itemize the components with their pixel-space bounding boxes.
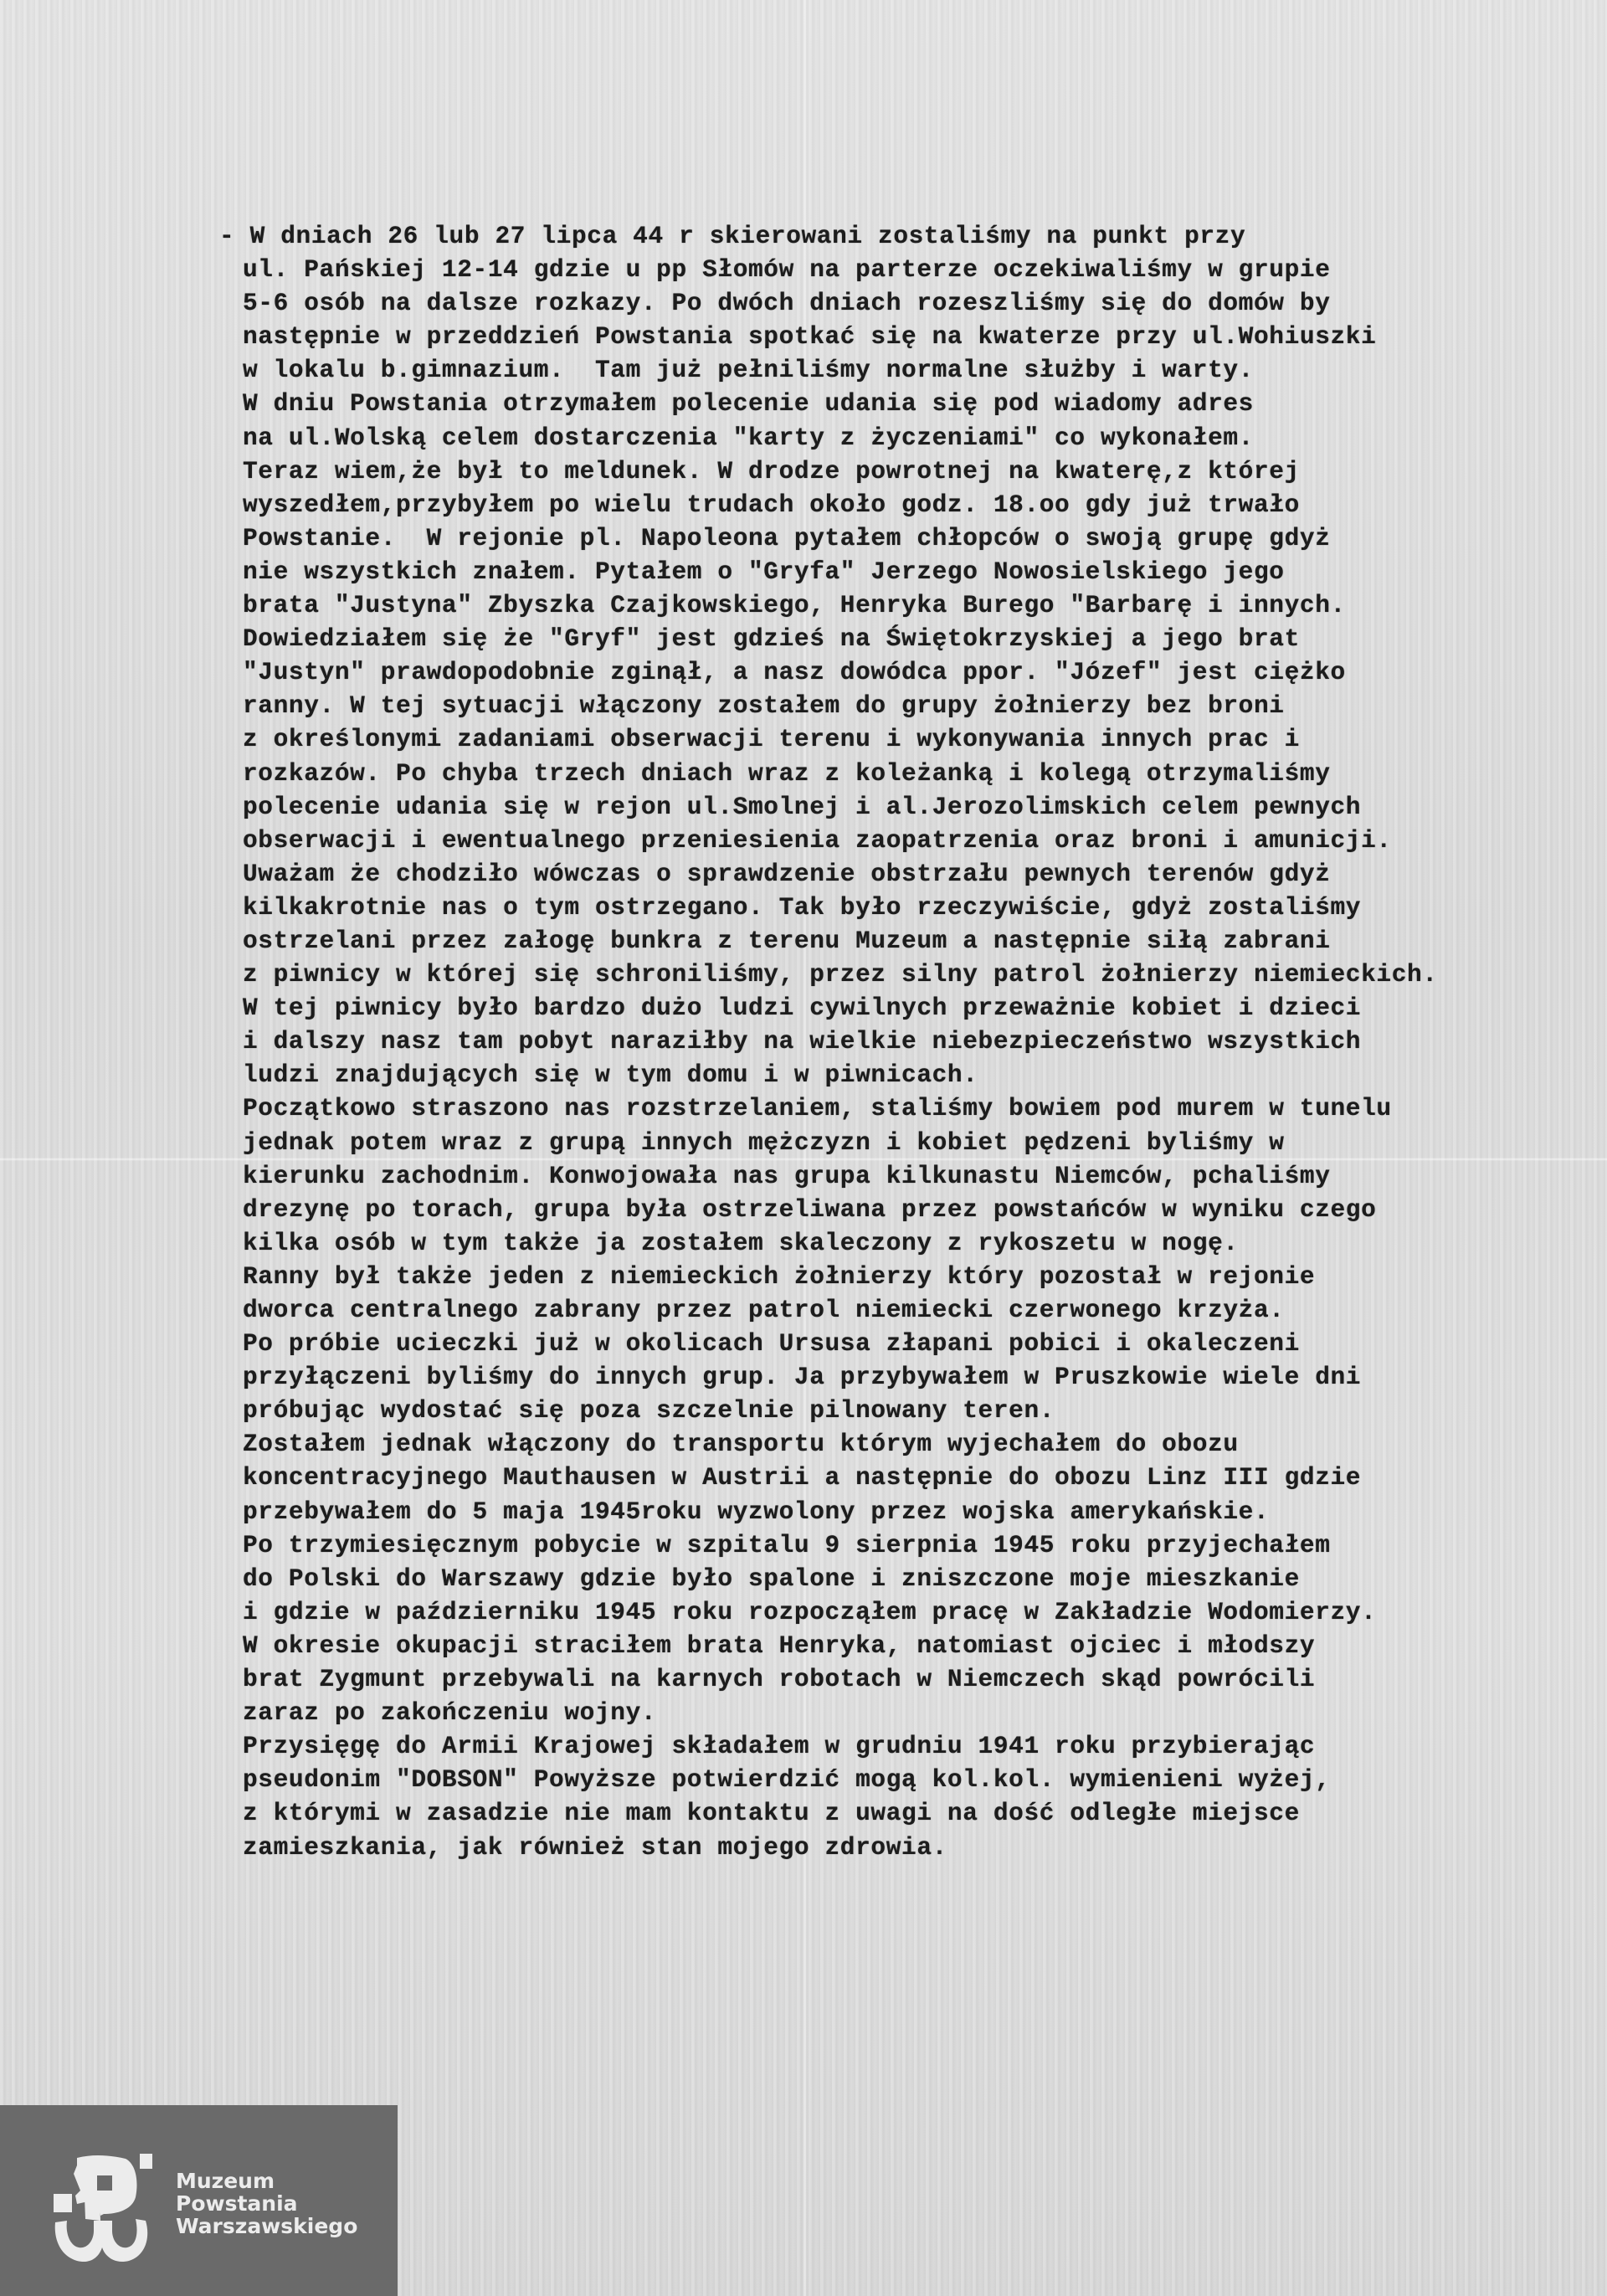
- text-line: rozkazów. Po chyba trzech dniach wraz z …: [243, 757, 1599, 790]
- text-line: z którymi w zasadzie nie mam kontaktu z …: [243, 1796, 1599, 1830]
- text-line: polecenie udania się w rejon ul.Smolnej …: [243, 790, 1599, 824]
- text-line: ranny. W tej sytuacji włączony zostałem …: [243, 689, 1599, 722]
- museum-name-line-1: Muzeum: [176, 2170, 357, 2192]
- text-line: jednak potem wraz z grupą innych mężczyz…: [243, 1126, 1599, 1159]
- museum-name: Muzeum Powstania Warszawskiego: [176, 2170, 357, 2237]
- museum-logo-panel: Muzeum Powstania Warszawskiego: [0, 2105, 398, 2296]
- text-line: ostrzelani przez załogę bunkra z terenu …: [243, 924, 1599, 958]
- text-line: koncentracyjnego Mauthausen w Austrii a …: [243, 1461, 1599, 1494]
- text-line: z określonymi zadaniami obserwacji teren…: [243, 722, 1599, 756]
- text-line: 5-6 osób na dalsze rozkazy. Po dwóch dni…: [243, 286, 1599, 320]
- text-line: przebywałem do 5 maja 1945roku wyzwolony…: [243, 1495, 1599, 1528]
- text-line: pseudonim "DOBSON" Powyższe potwierdzić …: [243, 1763, 1599, 1796]
- museum-name-line-2: Powstania: [176, 2192, 357, 2215]
- typewritten-text: - W dniach 26 lub 27 lipca 44 r skierowa…: [243, 219, 1599, 1864]
- text-line: Powstanie. W rejonie pl. Napoleona pytał…: [243, 521, 1599, 555]
- text-line: obserwacji i ewentualnego przeniesienia …: [243, 824, 1599, 857]
- text-line: z piwnicy w której się schroniliśmy, prz…: [243, 958, 1599, 991]
- text-line: w lokalu b.gimnazium. Tam już pełniliśmy…: [243, 353, 1599, 387]
- text-line: Zostałem jednak włączony do transportu k…: [243, 1427, 1599, 1461]
- text-line: ludzi znajdujących się w tym domu i w pi…: [243, 1058, 1599, 1091]
- text-line: Przysięgę do Armii Krajowej składałem w …: [243, 1729, 1599, 1763]
- text-line: W dniu Powstania otrzymałem polecenie ud…: [243, 387, 1599, 420]
- text-line: przyłączeni byliśmy do innych grup. Ja p…: [243, 1360, 1599, 1394]
- text-line: zamieszkania, jak również stan mojego zd…: [243, 1831, 1599, 1864]
- text-line: kilka osób w tym także ja zostałem skale…: [243, 1226, 1599, 1260]
- text-line: Początkowo straszono nas rozstrzelaniem,…: [243, 1091, 1599, 1125]
- text-line: do Polski do Warszawy gdzie było spalone…: [243, 1562, 1599, 1595]
- text-line: Dowiedziałem się że "Gryf" jest gdzieś n…: [243, 622, 1599, 655]
- text-line: brata "Justyna" Zbyszka Czajkowskiego, H…: [243, 588, 1599, 622]
- text-line: Po próbie ucieczki już w okolicach Ursus…: [243, 1327, 1599, 1360]
- text-line: próbując wydostać się poza szczelnie pil…: [243, 1394, 1599, 1427]
- text-line: "Justyn" prawdopodobnie zginął, a nasz d…: [243, 655, 1599, 689]
- text-line: Po trzymiesięcznym pobycie w szpitalu 9 …: [243, 1528, 1599, 1562]
- text-line: drezynę po torach, grupa była ostrzeliwa…: [243, 1193, 1599, 1226]
- text-line: Ranny był także jeden z niemieckich żołn…: [243, 1260, 1599, 1293]
- text-line: brat Zygmunt przebywali na karnych robot…: [243, 1662, 1599, 1696]
- text-line: kilkakrotnie nas o tym ostrzegano. Tak b…: [243, 891, 1599, 924]
- text-line: i gdzie w październiku 1945 roku rozpocz…: [243, 1595, 1599, 1629]
- museum-name-line-3: Warszawskiego: [176, 2215, 357, 2237]
- text-line: W tej piwnicy było bardzo dużo ludzi cyw…: [243, 991, 1599, 1025]
- text-line: następnie w przeddzień Powstania spotkać…: [243, 320, 1599, 353]
- text-line: Teraz wiem,że był to meldunek. W drodze …: [243, 455, 1599, 488]
- text-line: kierunku zachodnim. Konwojowała nas grup…: [243, 1159, 1599, 1193]
- text-line: i dalszy nasz tam pobyt naraziłby na wie…: [243, 1025, 1599, 1058]
- text-line: wyszedłem,przybyłem po wielu trudach oko…: [243, 488, 1599, 521]
- text-line: W okresie okupacji straciłem brata Henry…: [243, 1629, 1599, 1662]
- kotwica-anchor-icon: [52, 2154, 152, 2264]
- text-line: - W dniach 26 lub 27 lipca 44 r skierowa…: [219, 219, 1599, 253]
- text-line: ul. Pańskiej 12-14 gdzie u pp Słomów na …: [243, 253, 1599, 286]
- text-line: Uważam że chodziło wówczas o sprawdzenie…: [243, 857, 1599, 891]
- text-line: na ul.Wolską celem dostarczenia "karty z…: [243, 421, 1599, 455]
- text-line: nie wszystkich znałem. Pytałem o "Gryfa"…: [243, 555, 1599, 588]
- text-line: zaraz po zakończeniu wojny.: [243, 1696, 1599, 1729]
- text-line: dworca centralnego zabrany przez patrol …: [243, 1293, 1599, 1327]
